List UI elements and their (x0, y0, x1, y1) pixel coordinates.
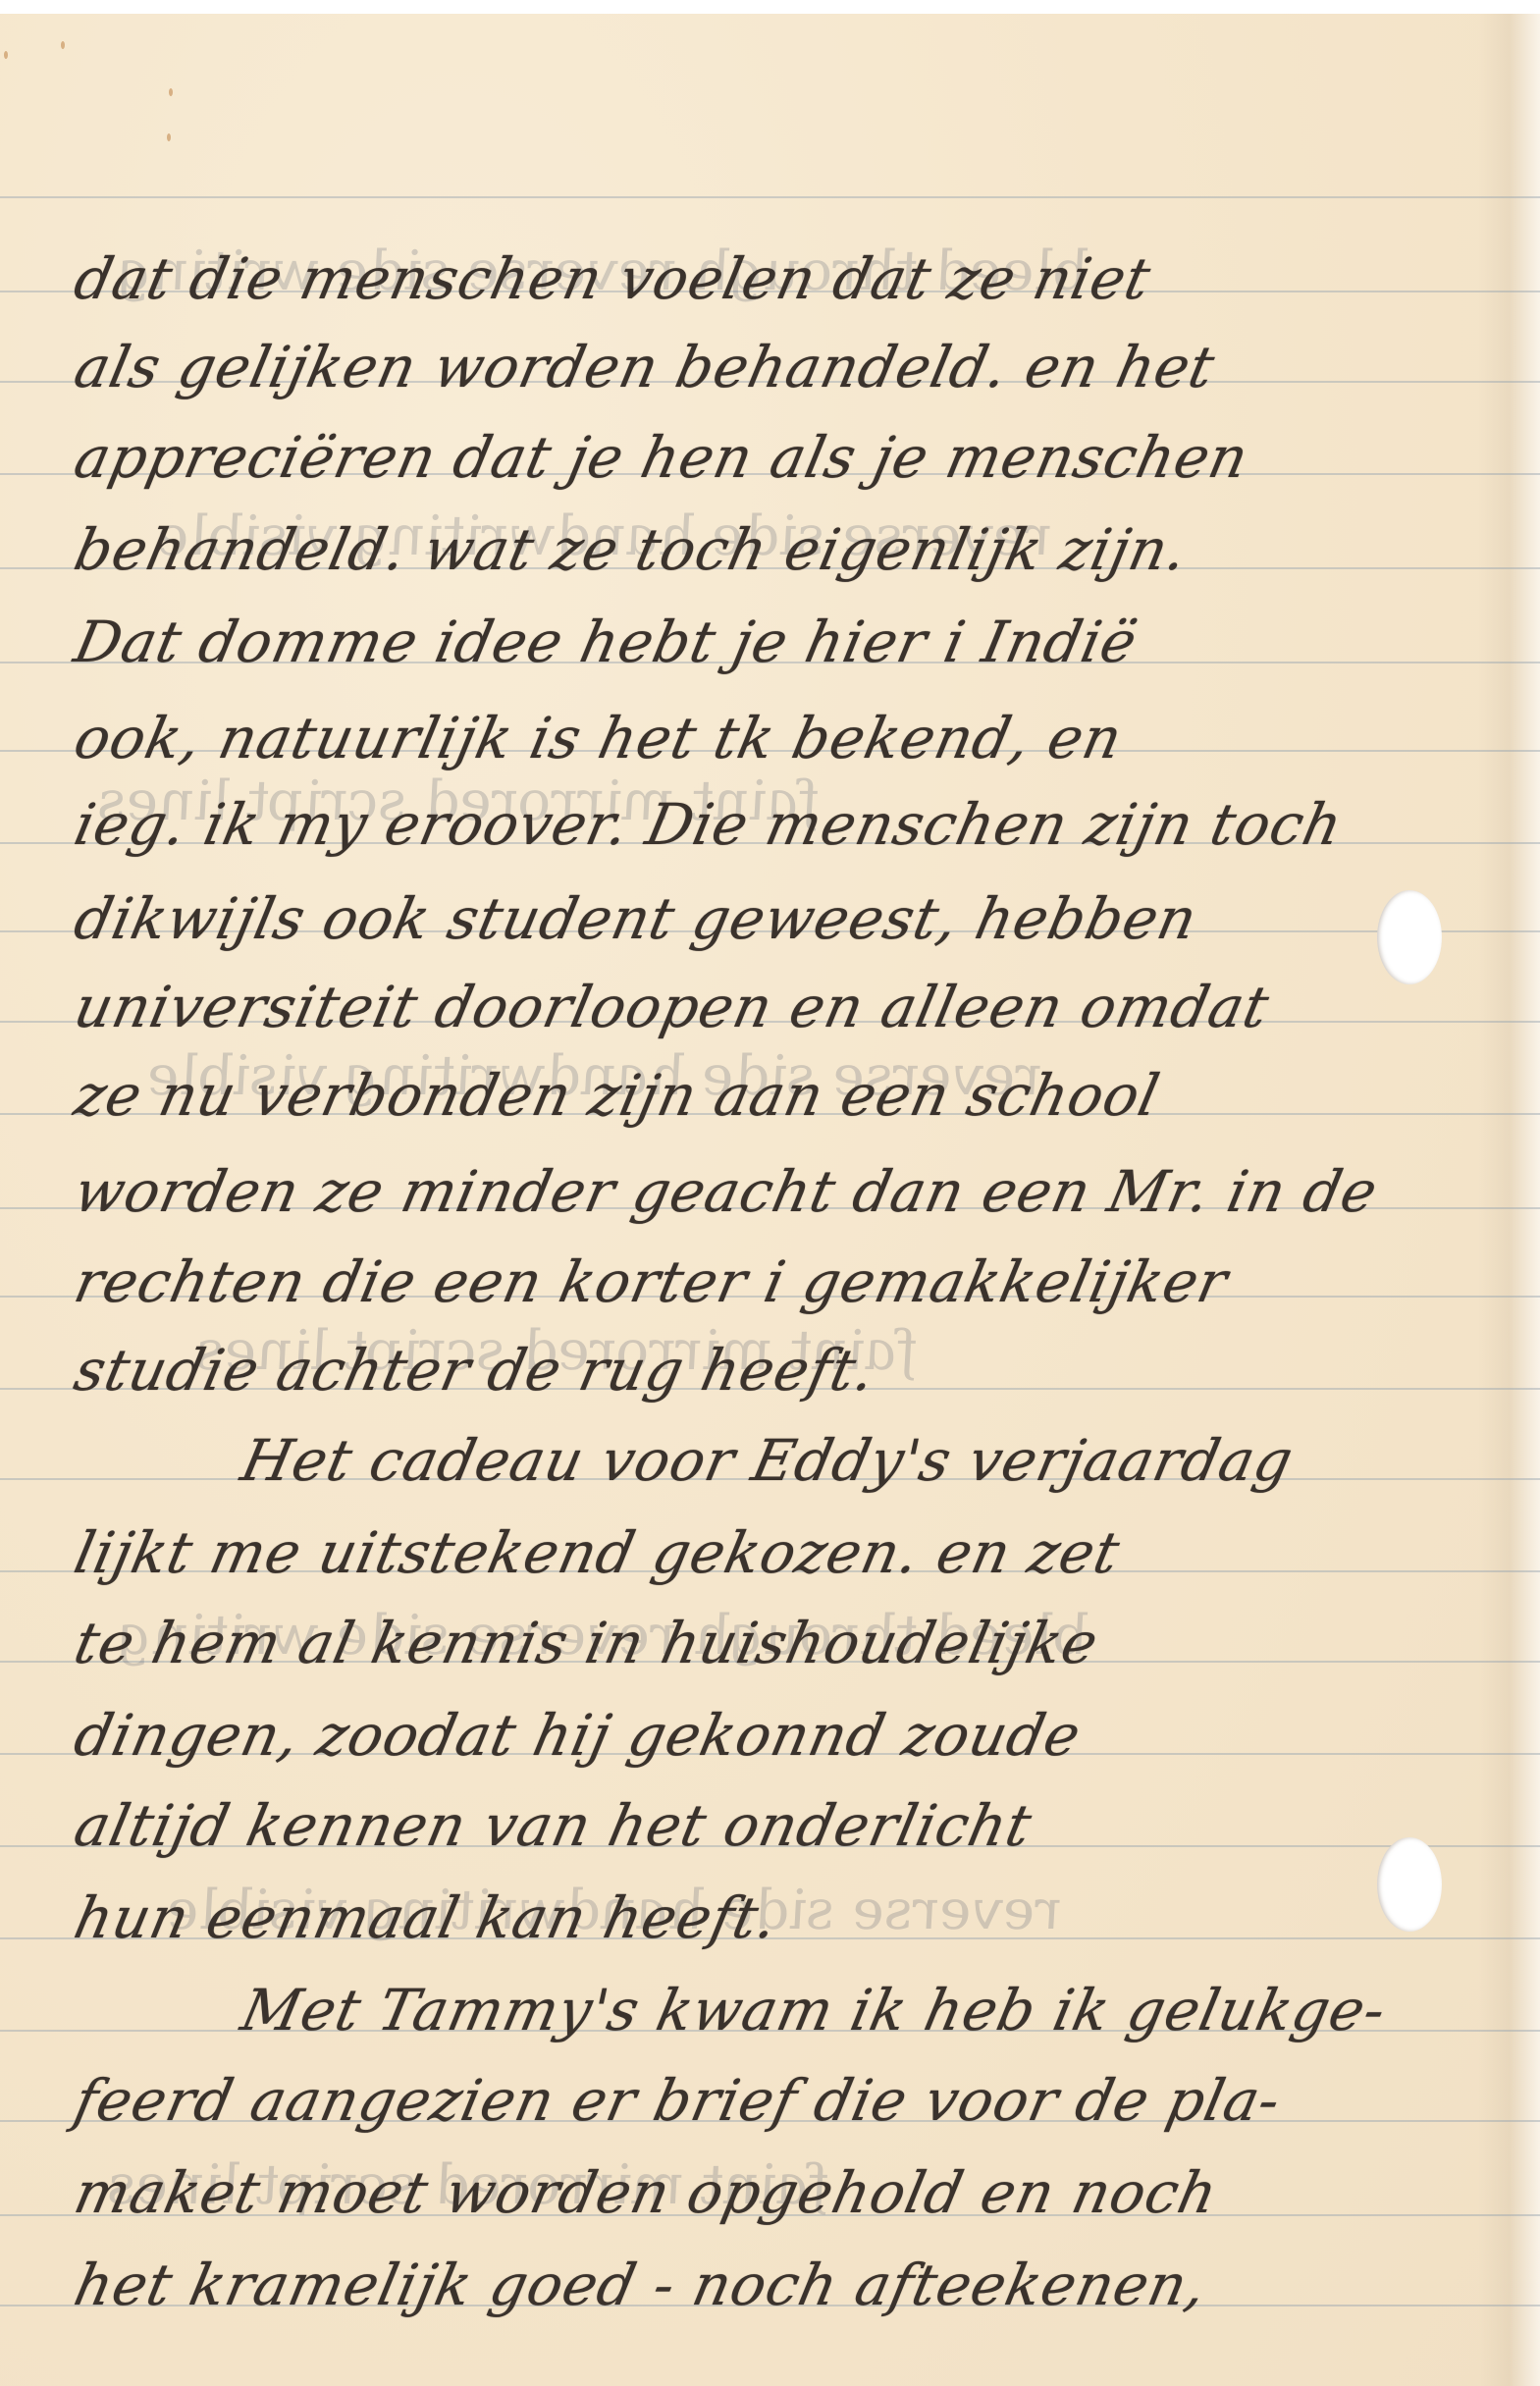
letter-line: dingen, zoodat hij gekonnd zoude (69, 1702, 1087, 1769)
letter-line: maket moet worden opgehold en noch (69, 2159, 1224, 2226)
letter-body: dat die menschen voelen dat ze niet als … (0, 14, 1540, 2386)
letter-line: Dat domme idee hebt je hier i Indië (69, 609, 1143, 675)
letter-line: ook, natuurlijk is het tk bekend, en (69, 705, 1129, 771)
letter-line: het kramelijk goed - noch afteekenen, (69, 2252, 1213, 2318)
letter-line: feerd aangezien er brief die voor de pla… (69, 2067, 1287, 2134)
letter-line: altijd kennen van het onderlicht (69, 1792, 1038, 1859)
letter-line: ze nu verbonden zijn aan een school (69, 1062, 1166, 1129)
letter-line: Met Tammy's kwam ik heb ik gelukge- (236, 1977, 1392, 2043)
letter-line: worden ze minder geacht dan een Mr. in d… (69, 1158, 1384, 1225)
letter-page: bleed through reverse side writing rever… (0, 14, 1540, 2386)
letter-line: behandeld. wat ze toch eigenlijk zijn. (69, 516, 1194, 583)
letter-line: hun eenmaal kan heeft. (69, 1884, 784, 1951)
punch-hole (1377, 890, 1442, 984)
letter-line: lijkt me uitstekend gekozen. en zet (69, 1519, 1126, 1586)
letter-line: als gelijken worden behandeld. en het (69, 334, 1221, 400)
punch-hole (1377, 1837, 1442, 1932)
letter-line: rechten die een korter i gemakkelijker (69, 1248, 1234, 1315)
letter-line: universiteit doorloopen en alleen omdat (69, 974, 1275, 1040)
letter-line: dikwijls ook student geweest, hebben (69, 885, 1203, 952)
letter-line: ieg. ik my eroover. Die menschen zijn to… (69, 791, 1349, 858)
letter-line: Het cadeau voor Eddy's verjaardag (236, 1427, 1300, 1494)
letter-line: appreciëren dat je hen als je menschen (69, 424, 1254, 491)
letter-line: dat die menschen voelen dat ze niet (69, 245, 1157, 312)
letter-line: studie achter de rug heeft. (69, 1337, 881, 1404)
letter-line: te hem al kennis in huishoudelijke (69, 1610, 1104, 1676)
